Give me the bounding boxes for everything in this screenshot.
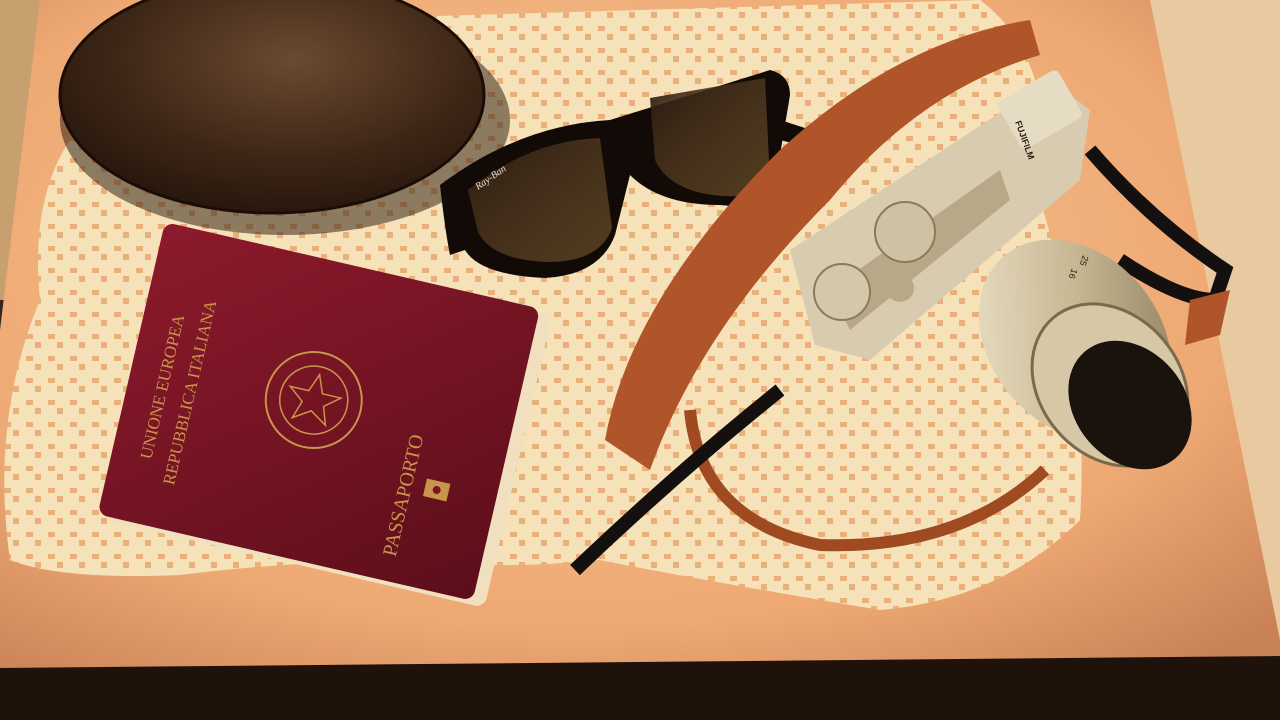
photo-scene: Ray-Ban UNIONE EUROPEA REPUBBLICA ITALIA… <box>0 0 1280 720</box>
shutter-dial <box>814 264 870 320</box>
mode-dial <box>875 202 935 262</box>
